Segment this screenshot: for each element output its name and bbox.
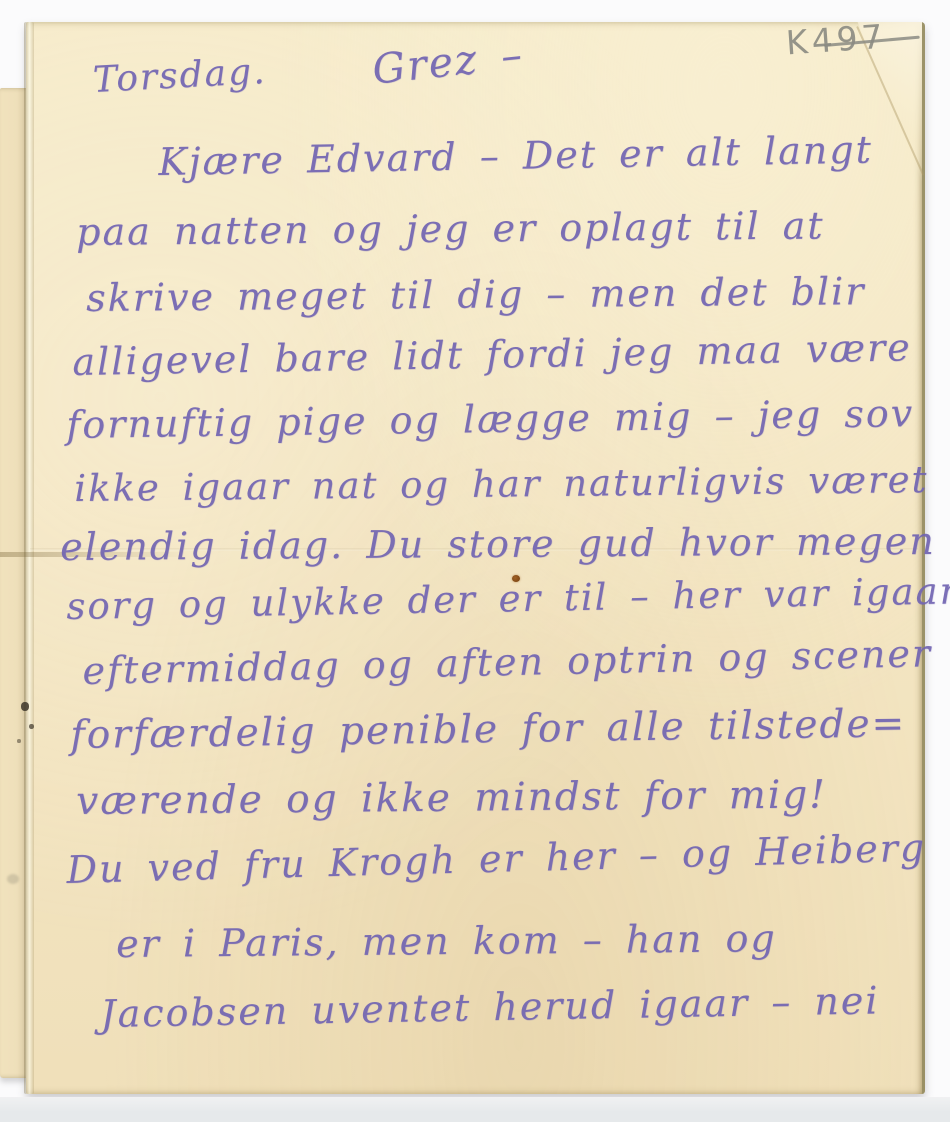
letter-scan: K497 Torsdag. Grez – Kjære Edvard – Det … [0,0,950,1122]
letter-line: ikke igaar nat og har naturligvis været [74,458,929,510]
letter-line: er i Paris, men kom – han og [116,916,777,966]
letter-line: paa natten og jeg er oplagt til at [76,203,825,254]
ink-speck [17,739,21,743]
vertical-fold-crease [24,22,34,1094]
smudge-spot [7,874,19,884]
letter-line: skrive meget til dig – men det blir [86,269,866,320]
letter-line: elendig idag. Du store gud hvor megen [60,519,936,569]
letter-line: værende og ikke mindst for mig! [76,772,827,824]
ink-speck [21,702,29,711]
scanner-background-band [0,1097,950,1122]
ink-speck [29,724,34,729]
